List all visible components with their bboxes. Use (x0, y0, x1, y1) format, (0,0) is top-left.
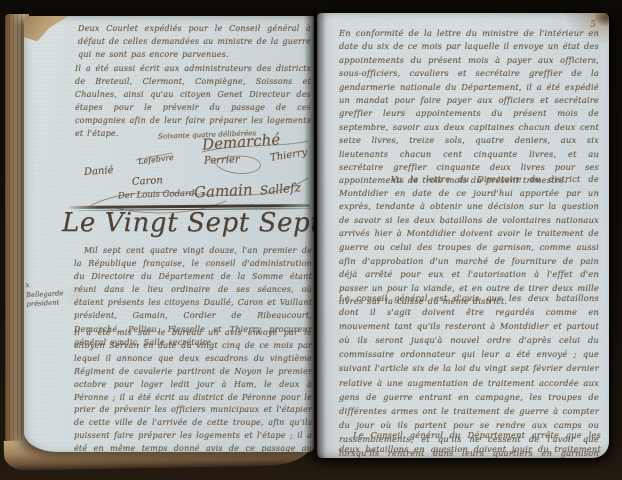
signature: Danié (84, 165, 114, 178)
signature: Caron (132, 175, 163, 188)
signature: Gamain (194, 180, 253, 201)
handwritten-paragraph-council-decree: Le Conseil général du Département arrête… (339, 429, 601, 458)
handwritten-paragraph-dispatch: Deux Courlet expédiés pour le Conseil gé… (78, 22, 311, 61)
right-page: 5 En conformité de la lettre du ministre… (317, 13, 609, 458)
handwritten-paragraph-gendarmerie-pay: En conformité de la lettre du ministre d… (339, 27, 599, 188)
margin-note: x Bellegarde président (25, 279, 74, 309)
torn-corner (24, 16, 68, 44)
handwritten-paragraph-montdidier-letter: Vu la lettre du Directoire du district d… (339, 173, 599, 309)
margin-note-mark: x (25, 279, 73, 290)
signatures-block: Soixante quatre délibérées Demarché Lefe… (54, 128, 312, 214)
left-page: Deux Courlet expédiés pour le Conseil gé… (24, 16, 314, 452)
margin-note-line2: président (26, 299, 59, 309)
signature: Perrier (204, 154, 240, 166)
handwritten-paragraph-cavalry-passage: Il a été mis sur le bureau un avis envoy… (74, 327, 312, 452)
scanned-book-spread: Deux Courlet expédiés pour le Conseil gé… (0, 0, 622, 480)
date-heading: Le Vingt Sept Septembre (62, 208, 314, 238)
